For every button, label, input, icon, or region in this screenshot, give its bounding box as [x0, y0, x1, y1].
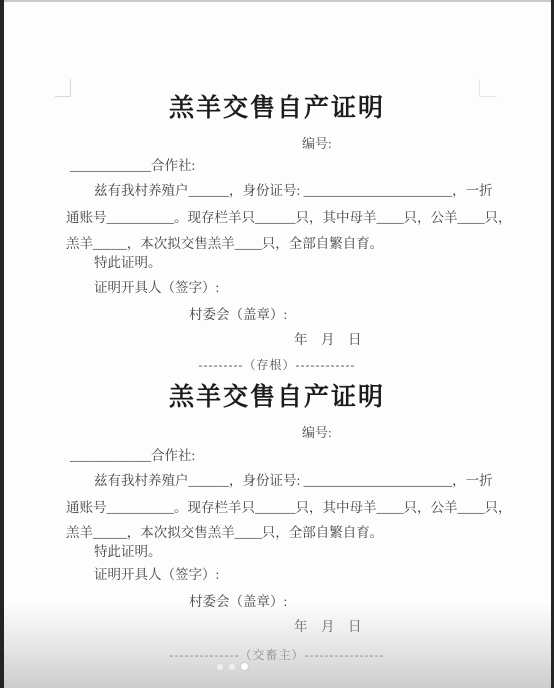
frame-top-edge [0, 0, 554, 2]
body-line-lamb-sale: 羔羊_____，本次拟交售羔羊____只，全部自繁自育。 [66, 235, 383, 252]
issuer-signature-line: 证明开具人（签字）: [94, 566, 219, 583]
frame-left-edge [0, 0, 4, 688]
committee-seal-line: 村委会（盖章）: [189, 593, 287, 610]
carousel-dot[interactable] [241, 663, 248, 670]
committee-seal-line: 村委会（盖章）: [189, 306, 287, 323]
body-line-farmer-id: 兹有我村养殖户______，身份证号: ____________________… [94, 472, 493, 489]
attest-line: 特此证明。 [94, 543, 162, 560]
body-line-farmer-id: 兹有我村养殖户______，身份证号: ____________________… [94, 182, 493, 199]
form-title: 羔羊交售自产证明 [0, 384, 554, 412]
serial-number-label: 编号: [302, 424, 332, 441]
body-line-lamb-sale: 羔羊_____，本次拟交售羔羊____只，全部自繁自育。 [66, 524, 383, 541]
document-viewer: 羔羊交售自产证明 编号: ____________合作社: 兹有我村养殖户___… [0, 0, 554, 688]
carousel-dots [217, 663, 248, 670]
carousel-dot[interactable] [229, 664, 235, 670]
serial-number-label: 编号: [302, 135, 332, 152]
issuer-signature-line: 证明开具人（签字）: [94, 279, 219, 296]
cooperative-blank-line: ____________合作社: [70, 447, 195, 464]
body-line-flock-counts: 通账号__________。现存栏羊只______只，其中母羊____只，公羊_… [66, 209, 512, 226]
body-line-flock-counts: 通账号__________。现存栏羊只______只，其中母羊____只，公羊_… [66, 499, 512, 516]
form-title: 羔羊交售自产证明 [0, 95, 554, 123]
attest-line: 特此证明。 [94, 254, 162, 271]
stub-divider: ---------（存根）------------ [0, 356, 554, 373]
date-line: 年 月 日 [294, 618, 362, 635]
date-line: 年 月 日 [294, 331, 362, 348]
owner-copy-divider: --------------（交畜主）---------------- [0, 646, 554, 663]
carousel-dot[interactable] [217, 664, 223, 670]
cooperative-blank-line: ____________合作社: [70, 157, 195, 174]
